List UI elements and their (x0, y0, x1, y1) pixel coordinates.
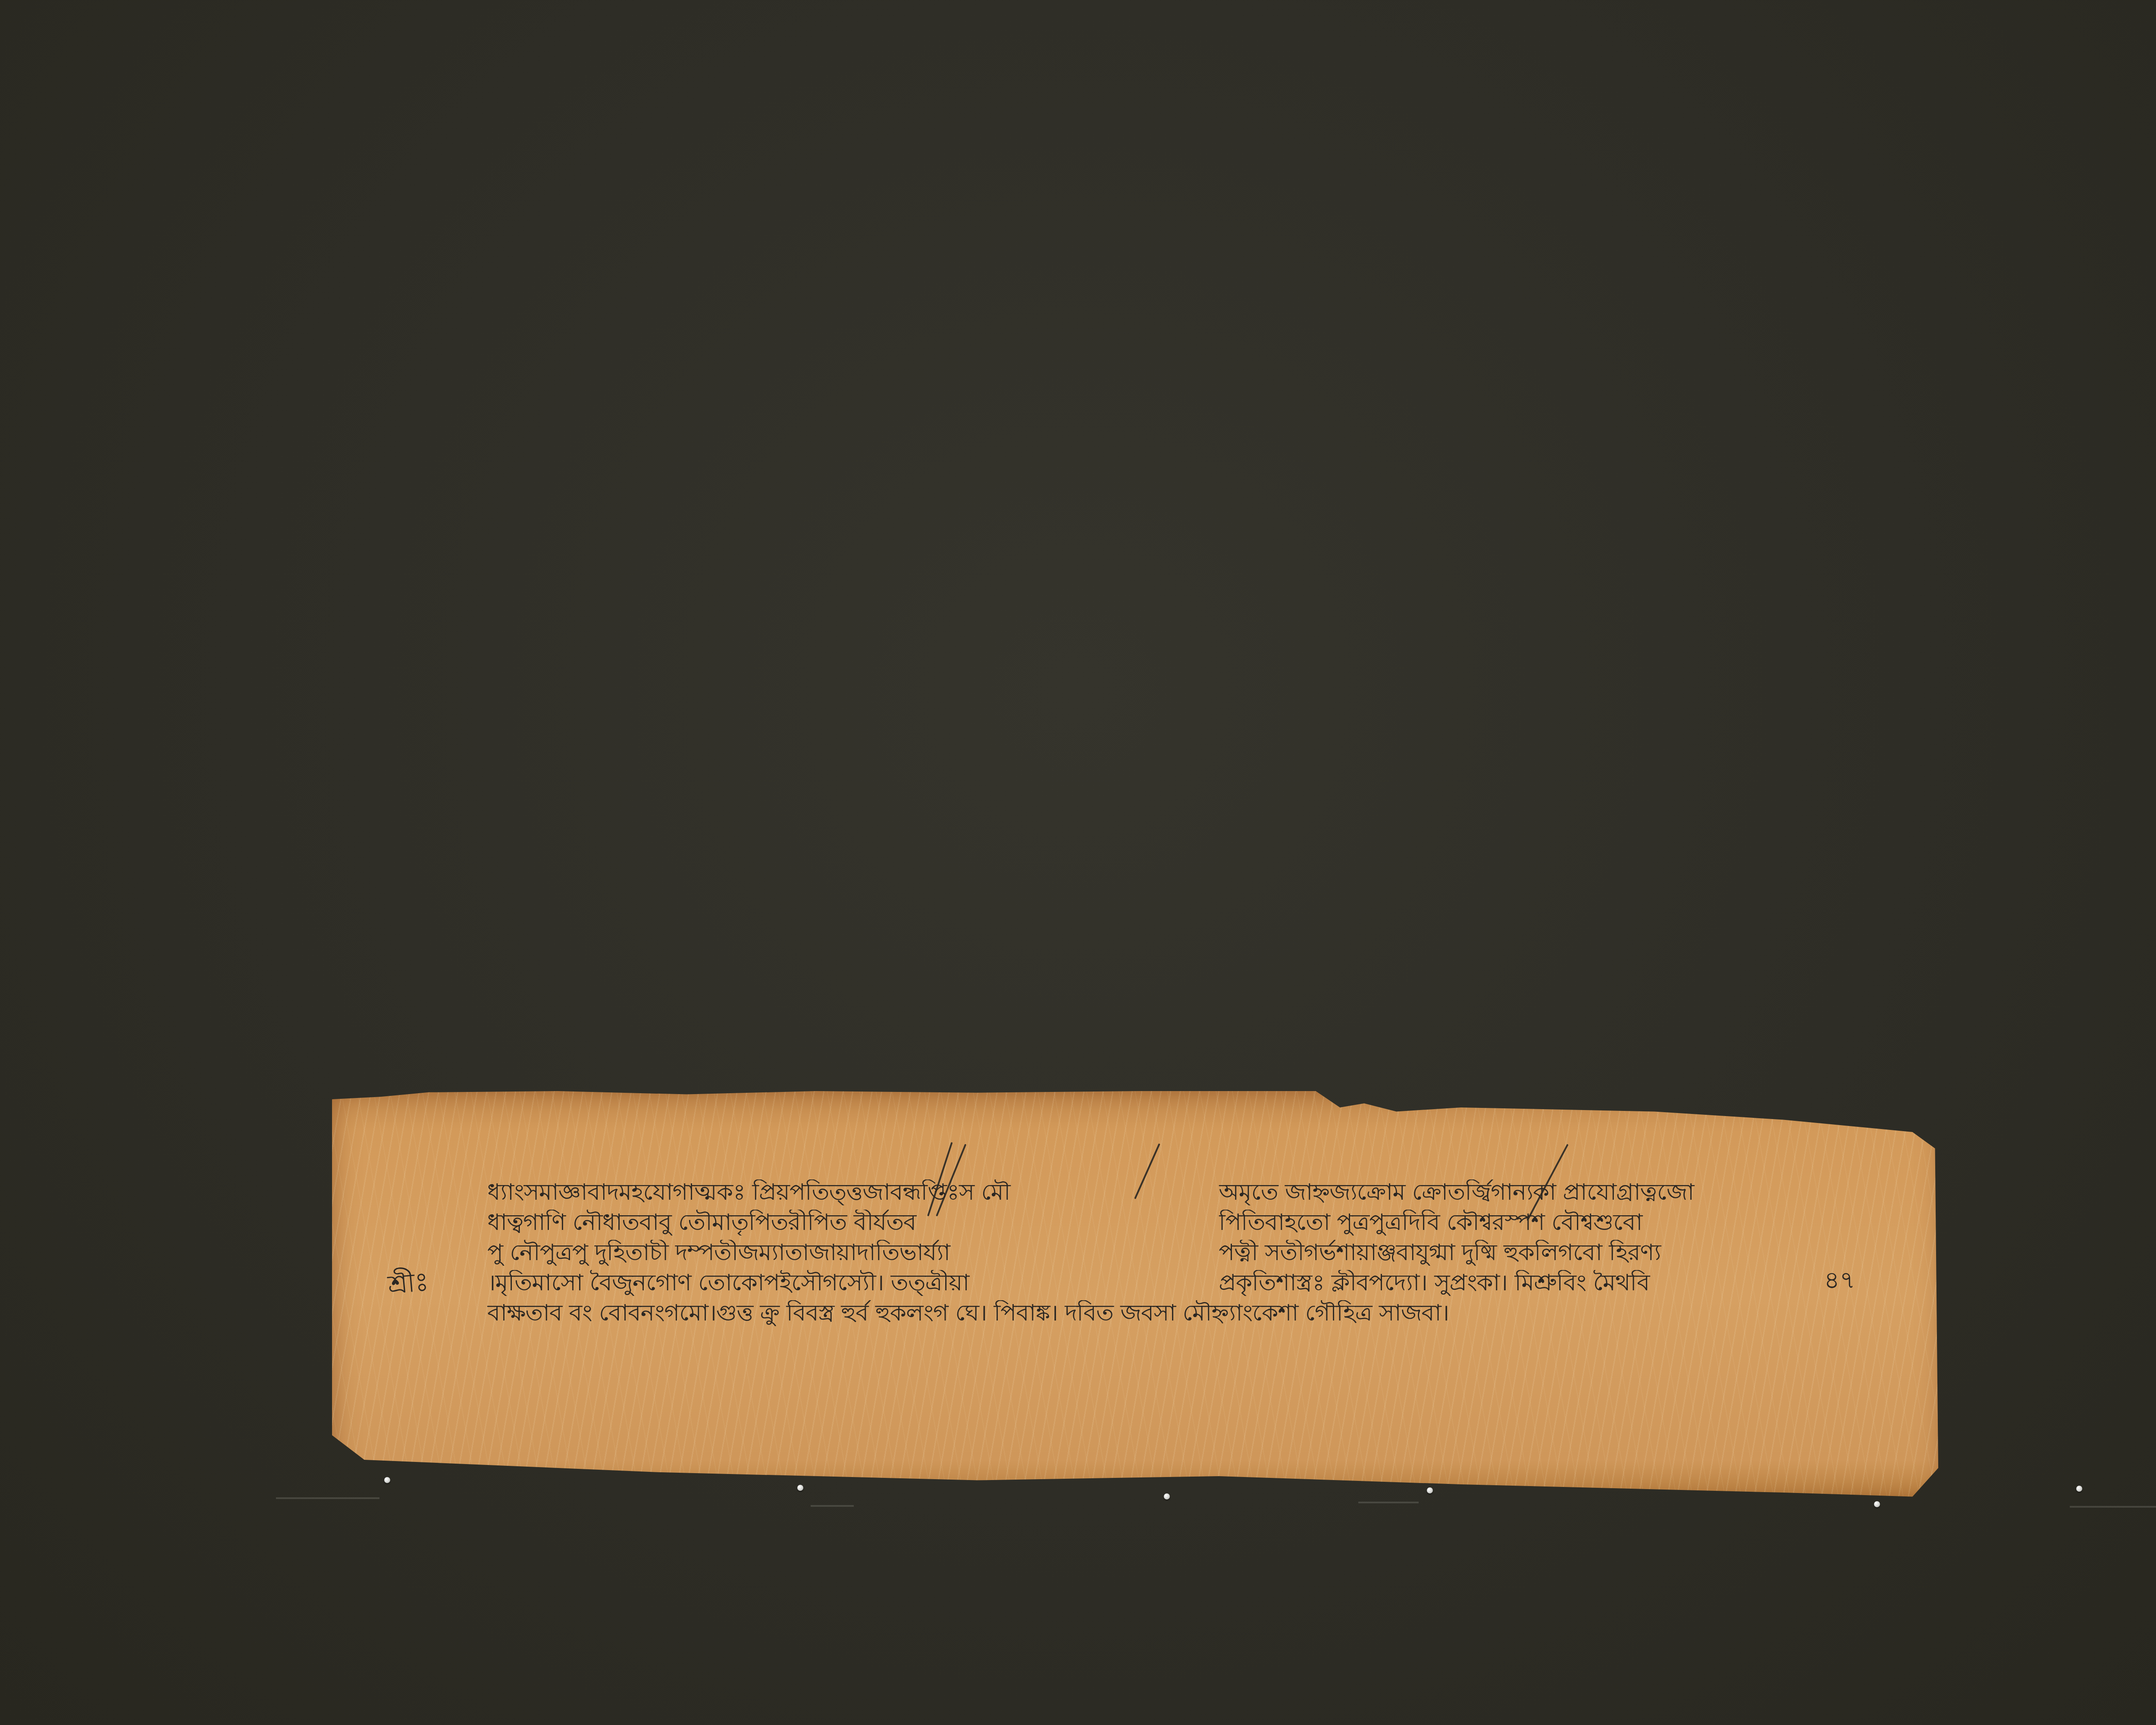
text-line-left: ।মৃতিমাসো বৈজুনগোণ তোকোপইসৌগস্যৌ। তত্ত্র… (487, 1270, 1103, 1296)
text-line-2: ধাত্বগাণি নৌধাতবাবু তৌমাতৃপিতরীপিত বীর্য… (487, 1210, 1898, 1241)
board-guide-line (2070, 1506, 2156, 1508)
board-guide-line (276, 1497, 379, 1499)
text-line-right: প্রকৃতিশাস্ত্রঃ ক্লীবপদ্যো। সুপ্রংকা। মি… (1219, 1270, 1898, 1296)
board-guide-line (1358, 1502, 1419, 1503)
folio-number: ৪৭ (1824, 1261, 1855, 1302)
manuscript-folio: শ্রীঃ ধ্যাংসমাজ্ঞাবাদমহযোগাত্মকঃ প্রিয়প… (332, 1091, 1945, 1501)
text-line-left: পু নৌপুত্রপু দুহিতাচী দম্পতীজম্যাতাজায়া… (487, 1240, 1103, 1266)
text-line-full: বাক্ষতাব বং বোবনংগমো।গুত্ত ক্রু বিবস্ত্র… (487, 1300, 1918, 1326)
mounting-pin (1427, 1487, 1433, 1493)
text-line-5: বাক্ষতাব বং বোবনংগমো।গুত্ত ক্রু বিবস্ত্র… (487, 1300, 1918, 1332)
text-line-3: পু নৌপুত্রপু দুহিতাচী দম্পতীজম্যাতাজায়া… (487, 1240, 1898, 1271)
text-line-left: ধ্যাংসমাজ্ঞাবাদমহযোগাত্মকঃ প্রিয়পতিত্ত্… (487, 1179, 1212, 1205)
text-line-right: পত্নী সতীগর্ভশায়াঞ্জবাযুগ্মা দুষ্মি হুক… (1219, 1240, 1898, 1266)
mounting-pin (1164, 1493, 1170, 1499)
board-guide-line (811, 1505, 854, 1507)
mounting-pin (2076, 1486, 2082, 1492)
text-line-right: পিতিবাহতো পুত্রপুত্রদিবি কৌশ্বরস্পশ বৌশ্… (1219, 1210, 1898, 1236)
mounting-pin (797, 1485, 803, 1491)
invocation-mark: শ্রীঃ (386, 1262, 431, 1308)
text-line-left: ধাত্বগাণি নৌধাতবাবু তৌমাতৃপিতরীপিত বীর্য… (487, 1210, 1094, 1236)
mounting-pin (384, 1477, 390, 1483)
text-line-right: অমৃতে জাহ্নজ্যক্রোম ক্রোতর্জ্বিগান্যকা প… (1219, 1179, 1898, 1205)
mounting-pin (1874, 1501, 1880, 1507)
text-line-1: ধ্যাংসমাজ্ঞাবাদমহযোগাত্মকঃ প্রিয়পতিত্ত্… (487, 1179, 1898, 1211)
text-line-4: ।মৃতিমাসো বৈজুনগোণ তোকোপইসৌগস্যৌ। তত্ত্র… (487, 1270, 1898, 1302)
